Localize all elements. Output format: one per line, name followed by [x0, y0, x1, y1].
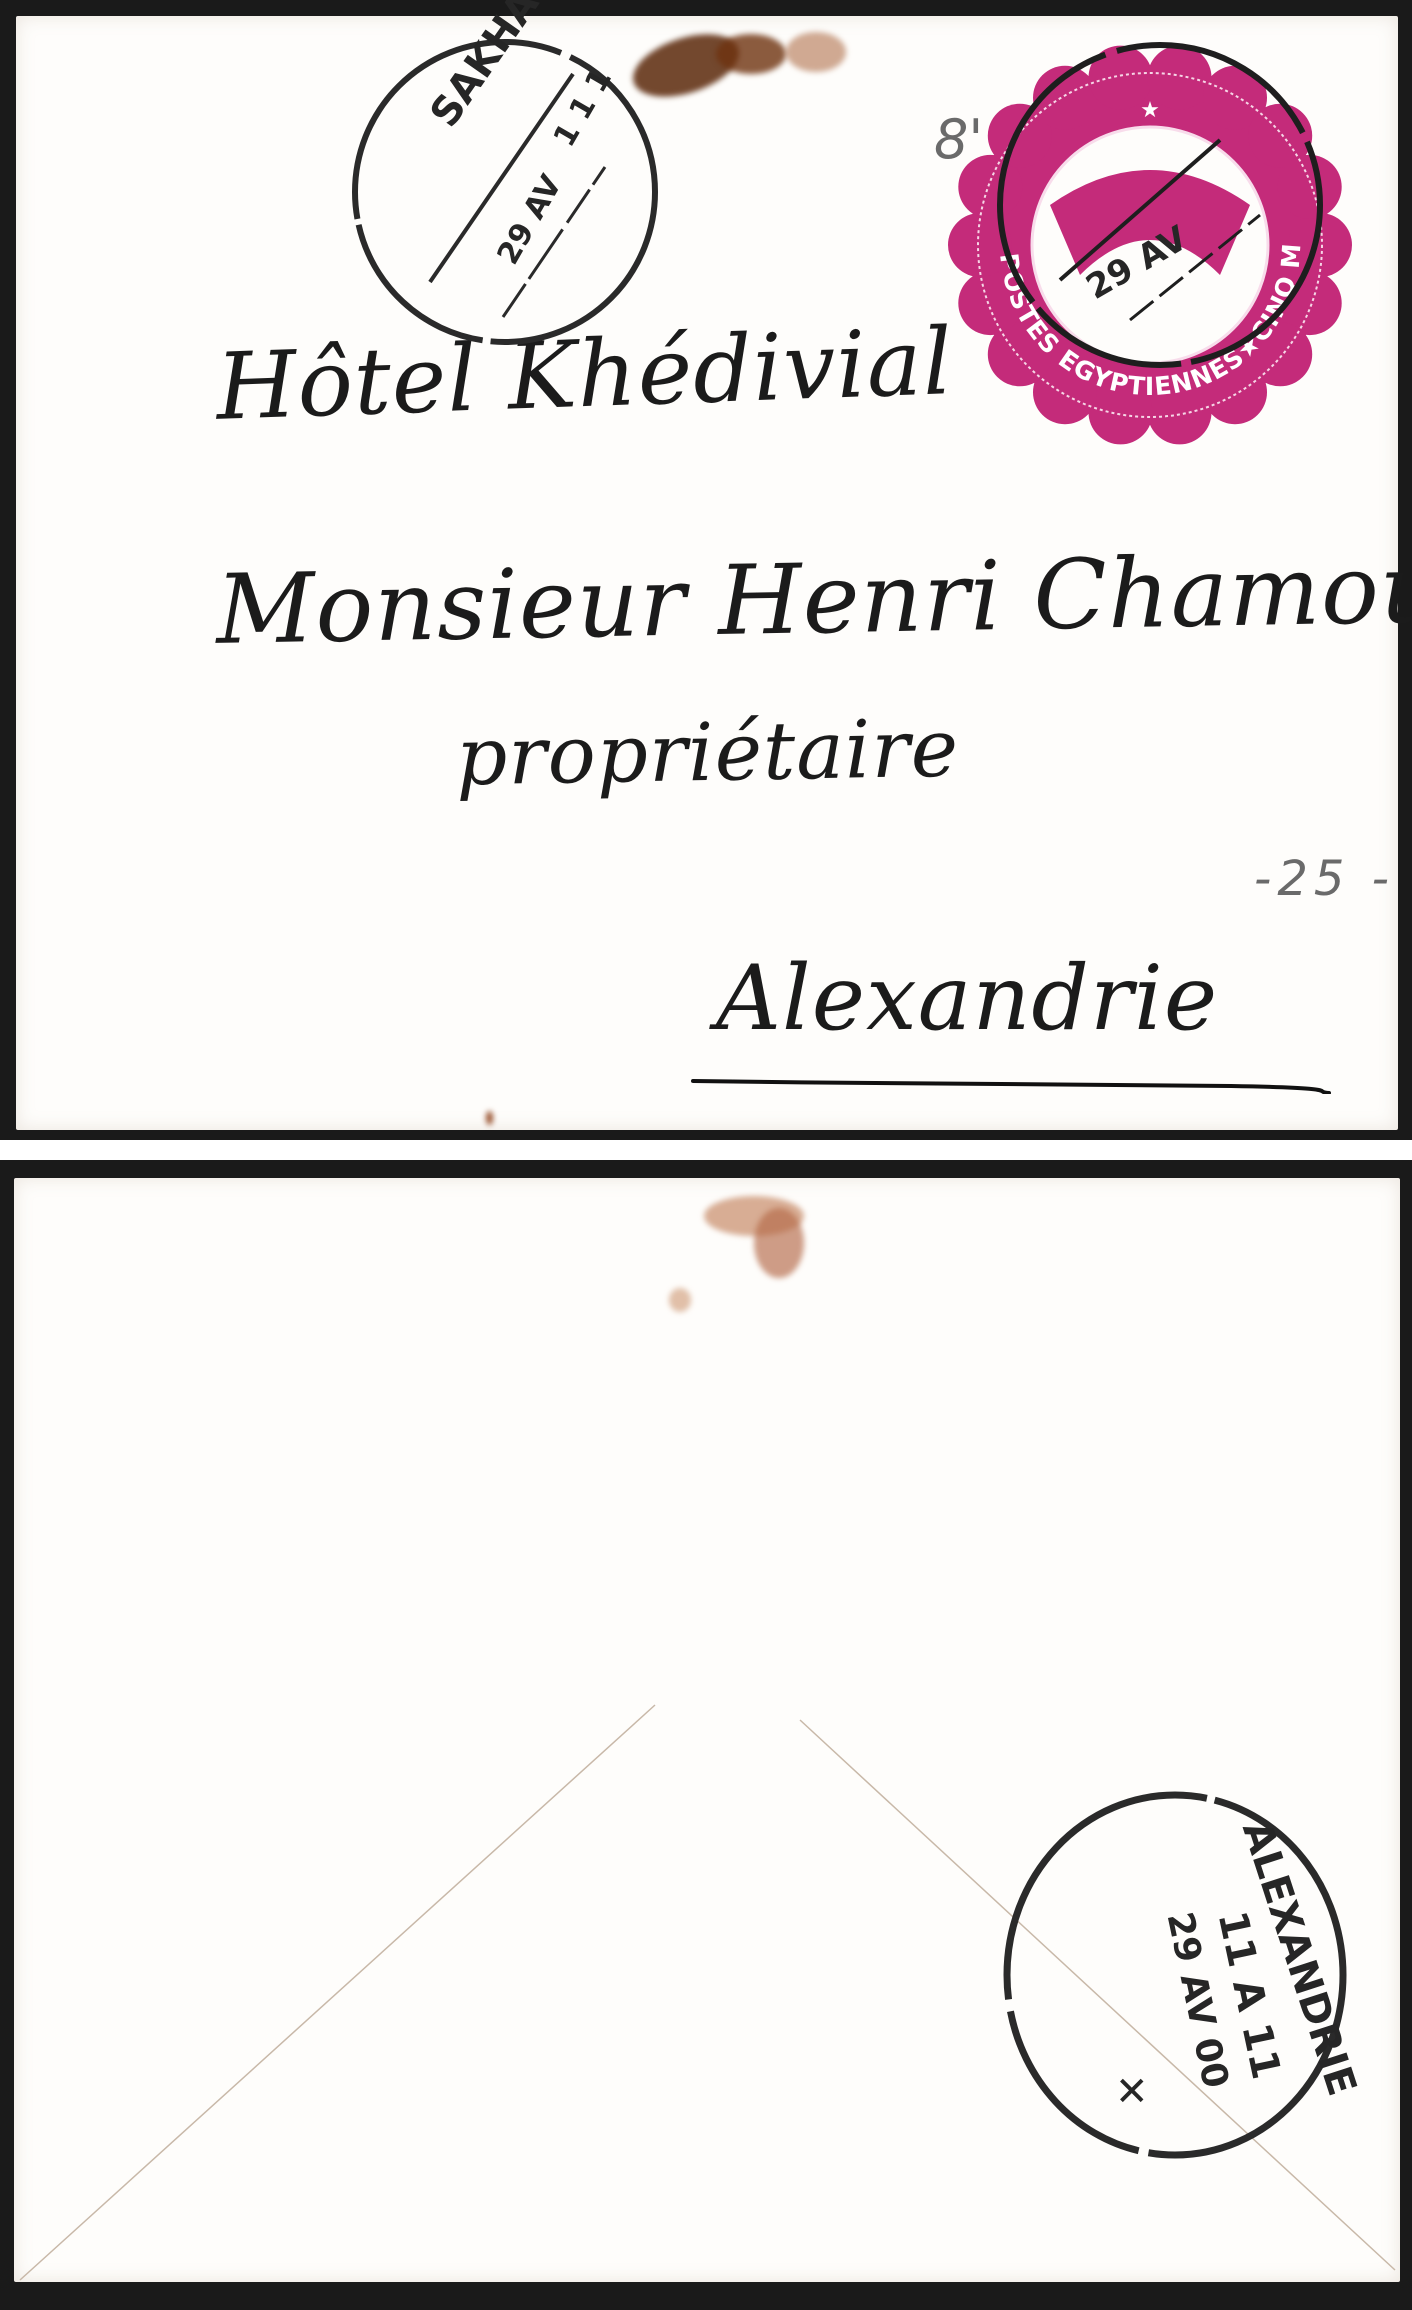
alexandrie-postmark-star: ✕ [1115, 2069, 1149, 2115]
sakha-postmark-year: 1 1 1 [547, 63, 619, 153]
sakha-postmark-town: SAKHA [421, 0, 548, 135]
imprinted-stamp: POSTES EGYPTIENNES★CINQ MILLIEMES ★ 29 A… [948, 45, 1352, 444]
panel-gap [0, 1140, 1412, 1160]
back-markings-layer: ALEXANDRIE 29 AV 00 11 A 11 ✕ [0, 1160, 1412, 2310]
back-scan-panel: ALEXANDRIE 29 AV 00 11 A 11 ✕ [0, 1160, 1412, 2310]
sakha-postmark: SAKHA 29 AV 1 1 1 [355, 0, 655, 342]
alexandrie-postmark: ALEXANDRIE 29 AV 00 11 A 11 ✕ [1007, 1795, 1365, 2155]
stamp-star-icon: ★ [1140, 98, 1160, 123]
sakha-postmark-date: 29 AV [491, 169, 570, 271]
front-scan-panel: Hôtel Khédivial Monsieur Henri Chamoulle… [0, 0, 1412, 1140]
front-markings-layer: SAKHA 29 AV 1 1 1 POSTES EGYPTIENNES★CIN… [0, 0, 1412, 1140]
